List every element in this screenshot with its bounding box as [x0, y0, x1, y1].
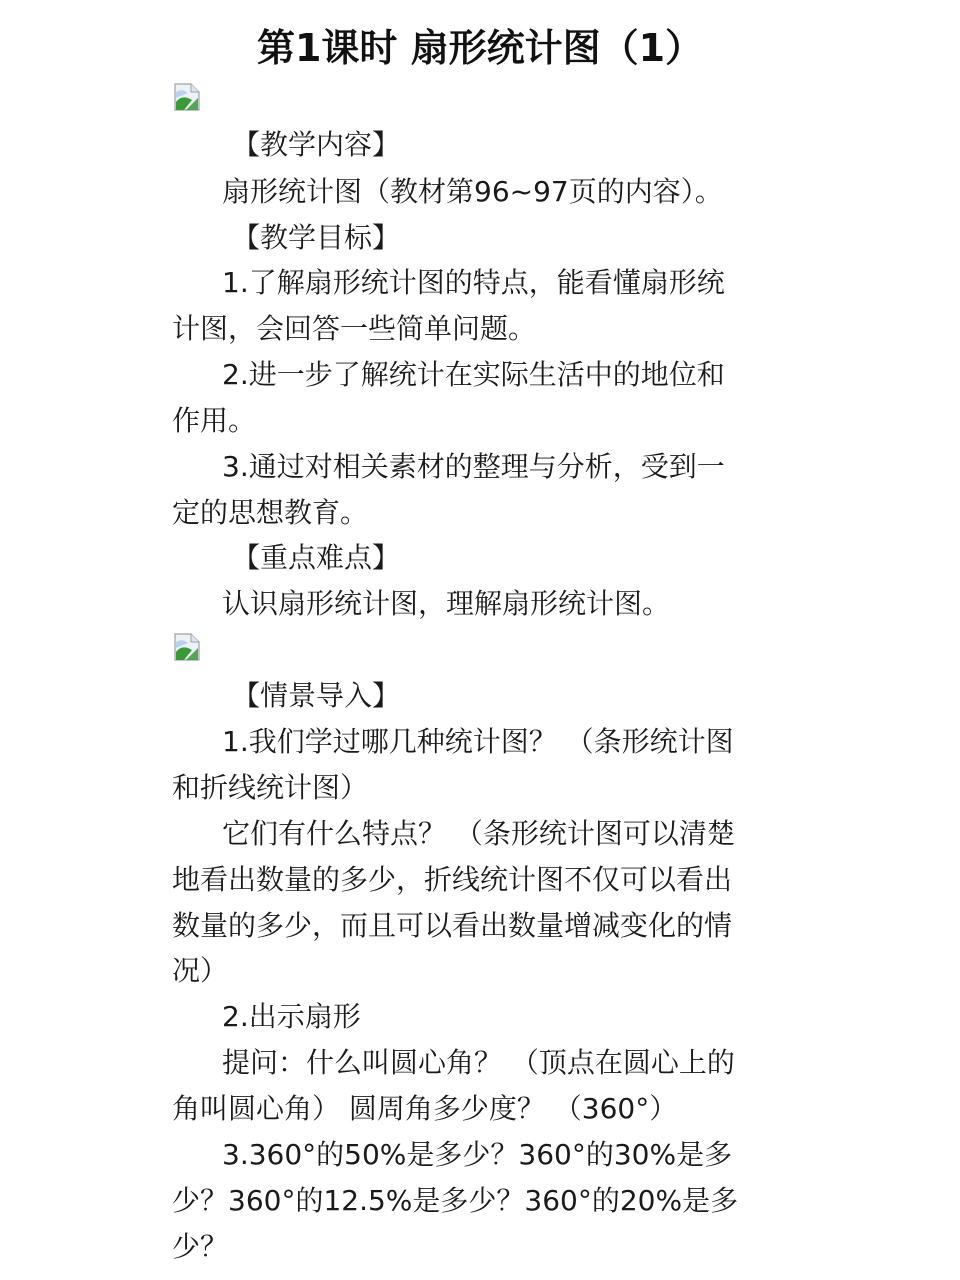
intro-q2b-line-2: 角叫圆心角） 圆周角多少度？ （360°） — [172, 1089, 677, 1129]
page-title: 第1课时 扇形统计图（1） — [0, 22, 960, 74]
intro-q3-line-1: 3.360°的50%是多少？360°的30%是多 — [222, 1135, 732, 1175]
intro-q1b-line-2: 地看出数量的多少，折线统计图不仅可以看出 — [172, 860, 732, 900]
section-heading-content: 【教学内容】 — [232, 125, 400, 165]
intro-q2b-line-1: 提问：什么叫圆心角？ （顶点在圆心上的 — [222, 1043, 735, 1083]
broken-image-icon — [172, 632, 202, 662]
broken-image-icon — [172, 82, 202, 112]
goal-item-1-line-2: 计图，会回答一些简单问题。 — [172, 309, 536, 349]
intro-q1b-line-4: 况） — [172, 951, 228, 991]
goal-item-1-line-1: 1.了解扇形统计图的特点，能看懂扇形统 — [222, 263, 725, 303]
goal-item-2-line-1: 2.进一步了解统计在实际生活中的地位和 — [222, 355, 725, 395]
goal-item-2-line-2: 作用。 — [172, 401, 256, 441]
key-points-text: 认识扇形统计图，理解扇形统计图。 — [222, 584, 670, 624]
intro-q1-line-2: 和折线统计图） — [172, 768, 368, 808]
intro-q1b-line-1: 它们有什么特点？ （条形统计图可以清楚 — [222, 814, 735, 854]
goal-item-3-line-2: 定的思想教育。 — [172, 493, 368, 533]
section-heading-intro: 【情景导入】 — [232, 676, 400, 716]
intro-q3-line-2: 少？360°的12.5%是多少？360°的20%是多 — [172, 1181, 738, 1221]
intro-q1-line-1: 1.我们学过哪几种统计图？ （条形统计图 — [222, 722, 734, 762]
goal-item-3-line-1: 3.通过对相关素材的整理与分析，受到一 — [222, 447, 725, 487]
section-heading-goals: 【教学目标】 — [232, 218, 400, 258]
intro-q1b-line-3: 数量的多少，而且可以看出数量增减变化的情 — [172, 906, 732, 946]
intro-q3-line-3: 少？ — [172, 1227, 228, 1267]
intro-q2: 2.出示扇形 — [222, 997, 361, 1037]
section-heading-key-points: 【重点难点】 — [232, 538, 400, 578]
content-text: 扇形统计图（教材第96~97页的内容）。 — [222, 172, 723, 212]
